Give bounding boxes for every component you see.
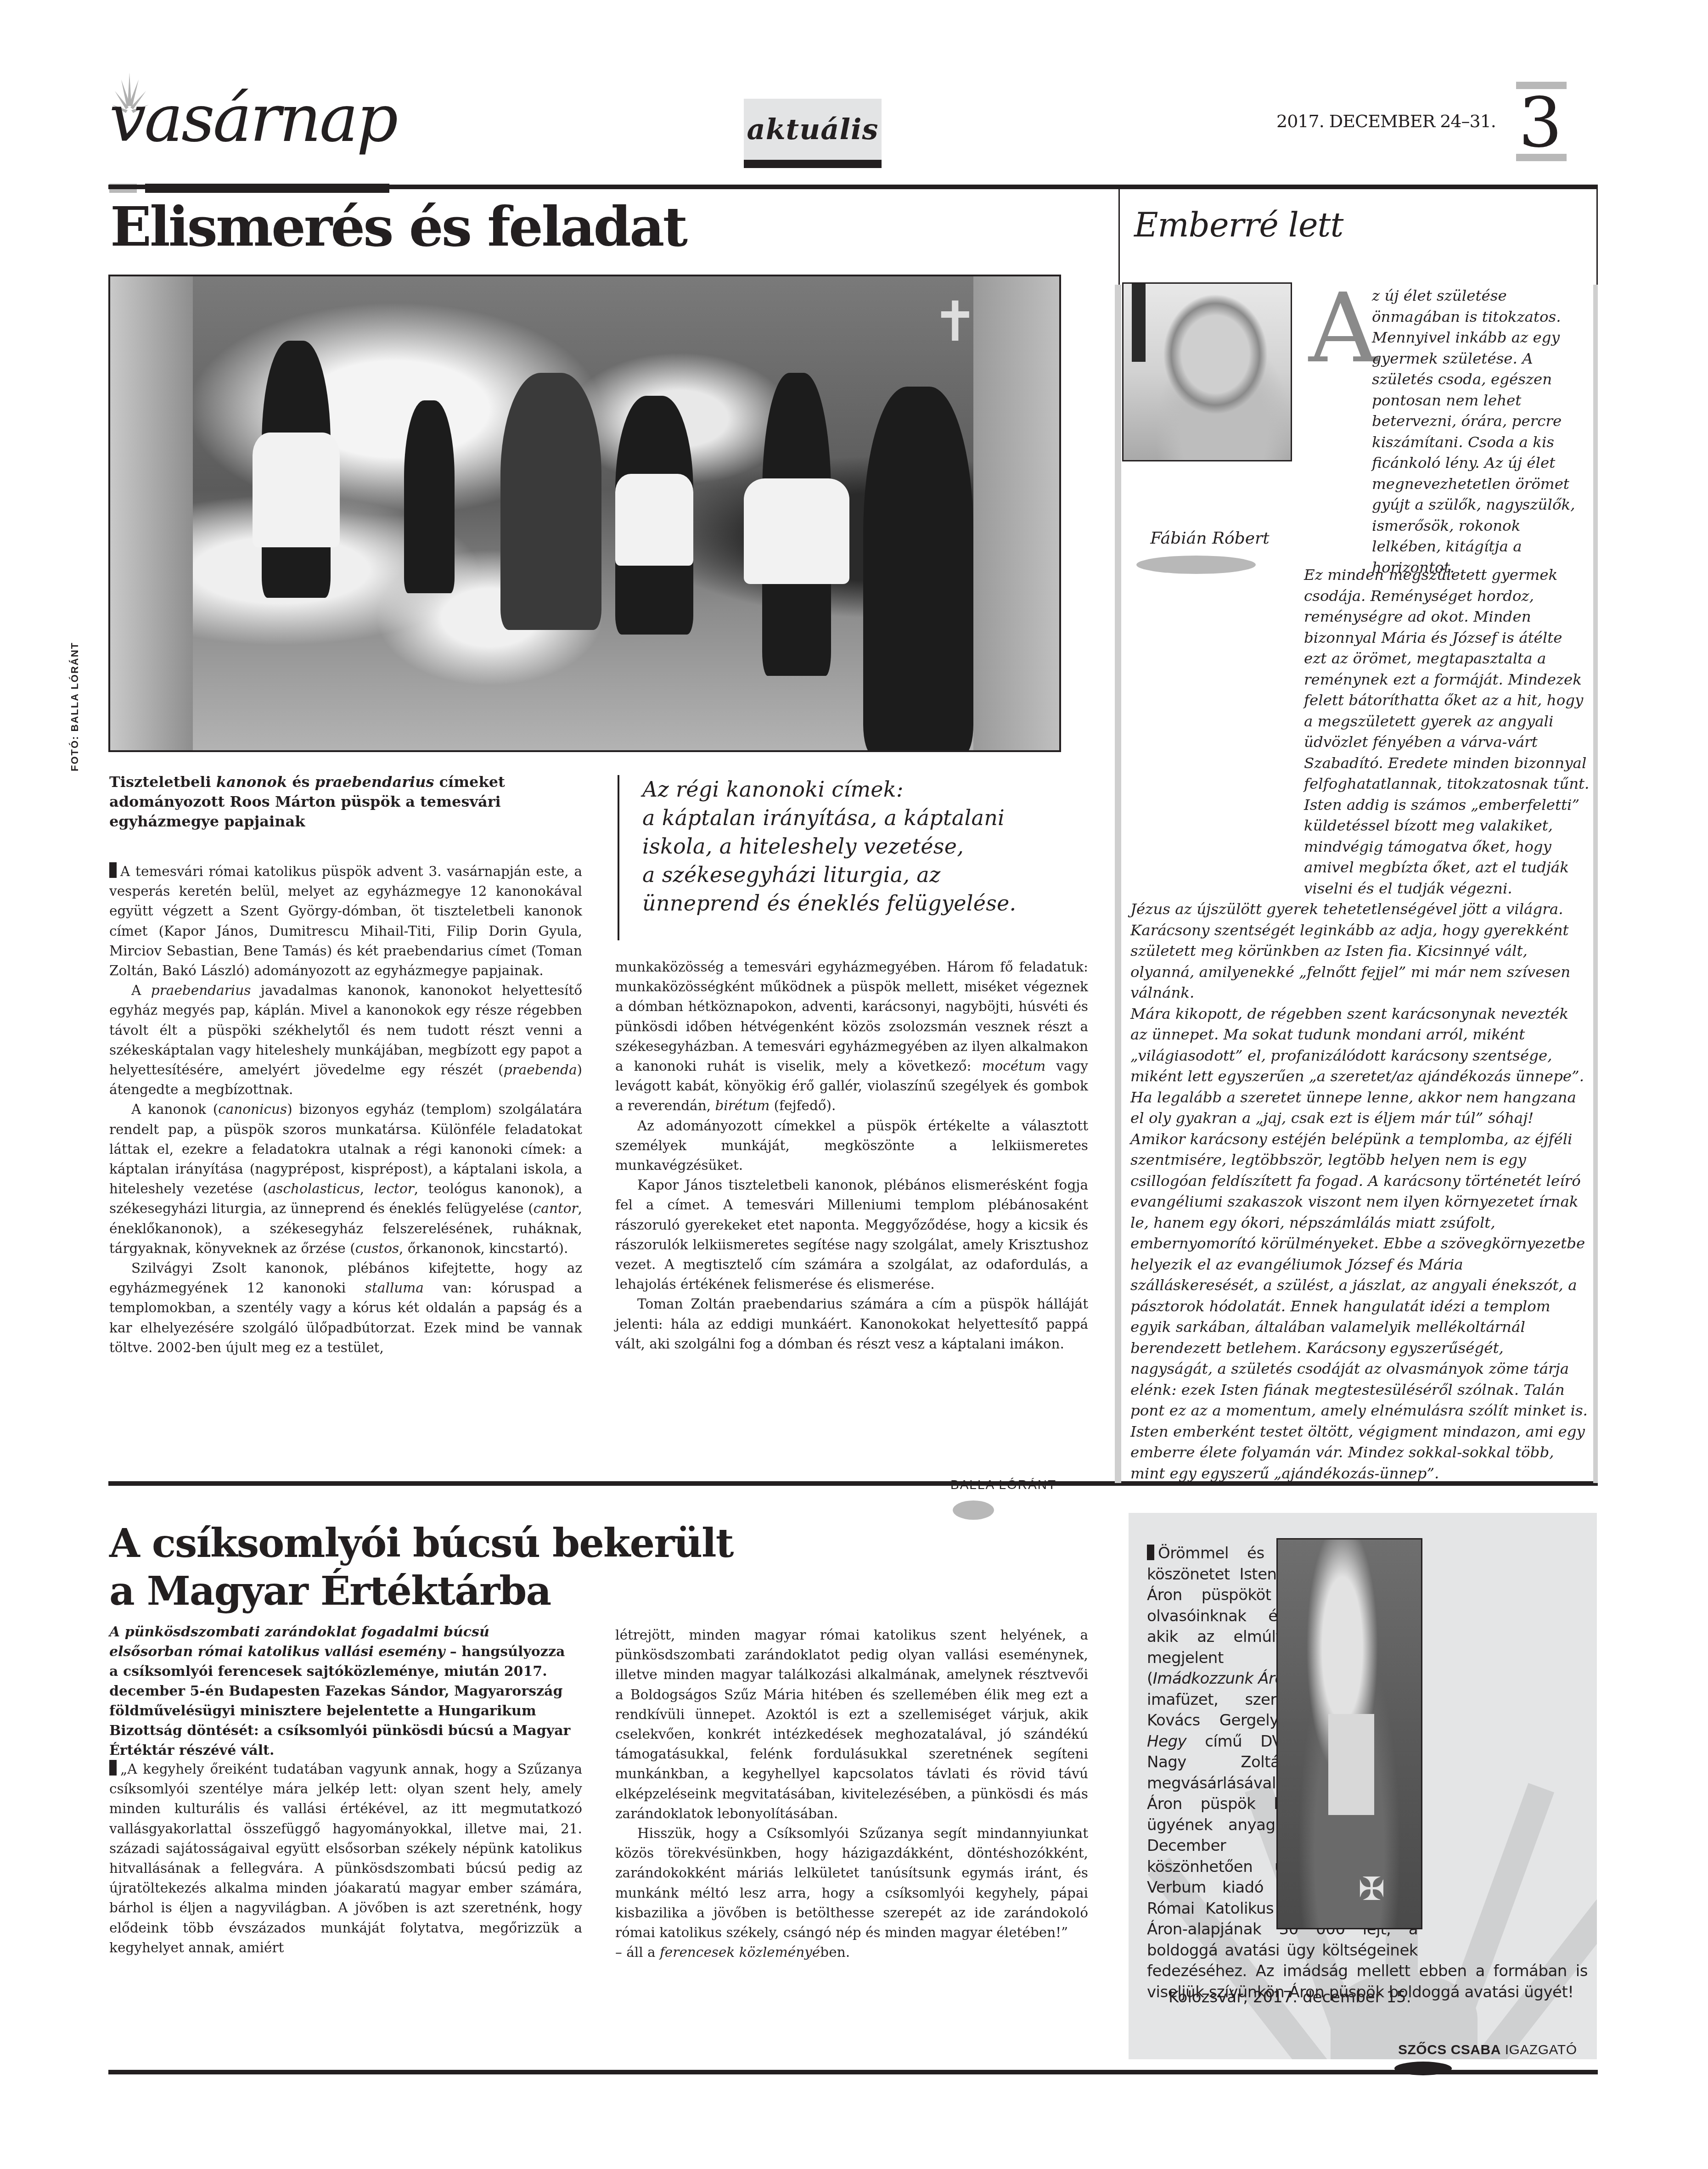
article-lead-2: A pünkösdszombati zarándoklat fogadalmi … bbox=[109, 1622, 573, 1760]
article2-body-column-1: „A kegyhely őreiként tudatában vagyunk a… bbox=[109, 1759, 582, 1958]
article-body-column-2: munkaközösség a temesvári egyházmegyében… bbox=[615, 957, 1088, 1354]
notice-date: Kolozsvár, 2017. december 15. bbox=[1169, 1988, 1411, 2006]
article-headline-2: A csíksomlyói búcsú bekerülta Magyar Ért… bbox=[109, 1520, 733, 1615]
photo-credit: FOTÓ: BALLA LÓRÁNT bbox=[69, 634, 87, 771]
logo-wordmark: vasárnap bbox=[109, 86, 396, 152]
column-title: Emberré lett bbox=[1134, 206, 1343, 244]
section-label: aktuális bbox=[744, 99, 882, 168]
column-intro: z új élet születése önmagában is titokza… bbox=[1372, 286, 1588, 578]
bottom-divider bbox=[108, 2070, 1598, 2074]
article-body-column-1: A temesvári római katolikus püspök adven… bbox=[109, 862, 582, 1358]
paragraph-marker bbox=[1147, 1545, 1154, 1560]
article-headline: Elismerés és feladat bbox=[110, 200, 686, 254]
author-portrait bbox=[1122, 282, 1292, 461]
drop-cap: A bbox=[1309, 281, 1377, 376]
page-number: 3 bbox=[1515, 89, 1566, 157]
ceremony-photo: ✝ bbox=[108, 275, 1061, 752]
notice-signature: SZŐCS CSABA IGAZGATÓ bbox=[1398, 2042, 1577, 2058]
column-accent-right bbox=[1593, 285, 1598, 1483]
article2-body-column-2: létrejött, minden magyar római katolikus… bbox=[615, 1625, 1088, 1962]
top-divider bbox=[108, 185, 1598, 189]
end-mark bbox=[953, 1500, 994, 1520]
article-lead: Tiszteletbeli kanonok és praebendarius c… bbox=[109, 772, 573, 832]
end-mark bbox=[1394, 2062, 1452, 2075]
marton-aron-portrait: ✠ bbox=[1276, 1538, 1422, 1929]
cross-icon: ✠ bbox=[1358, 1870, 1385, 1908]
pull-quote: Az régi kanonoki címek: a káptalan irány… bbox=[618, 775, 1077, 940]
author-name: Fábián Róbert bbox=[1134, 529, 1286, 548]
column-accent-left bbox=[1115, 285, 1121, 1483]
paragraph-marker bbox=[109, 862, 117, 878]
page-number-bar-bottom bbox=[1516, 154, 1567, 161]
paragraph-marker bbox=[109, 1760, 117, 1776]
issue-date: 2017. DECEMBER 24–31. bbox=[1276, 111, 1496, 131]
newspaper-logo: vasárnap bbox=[109, 82, 385, 160]
column-body: Ez minden megszületett gyermek csodája. … bbox=[1130, 565, 1590, 1484]
